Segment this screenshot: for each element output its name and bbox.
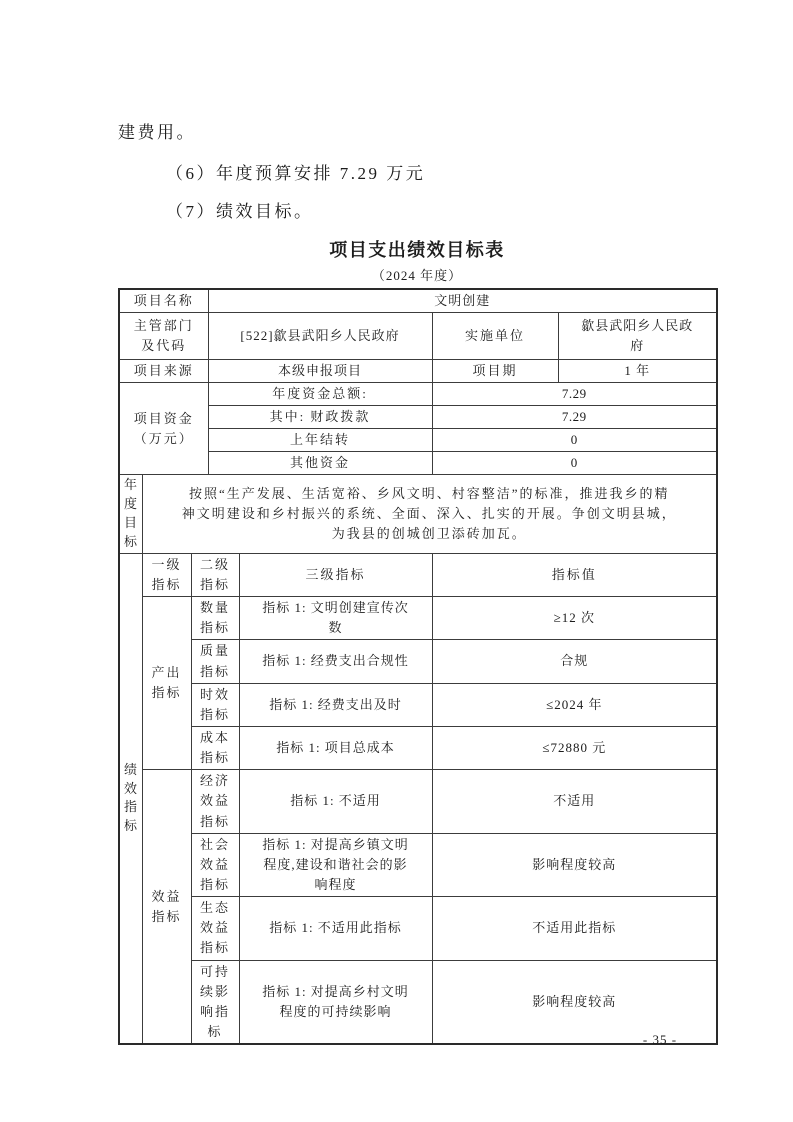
- table-row: 其中: 财政拨款 7.29: [119, 406, 717, 429]
- cell-fund-fiscal-label: 其中: 财政拨款: [208, 406, 432, 429]
- cell-fund-other-value: 0: [432, 452, 717, 475]
- cell-dept-label: 主管部门 及代码: [119, 312, 208, 359]
- cell-benefit-group-label: 效益 指标: [142, 770, 191, 1044]
- cell-period-value: 1 年: [558, 359, 717, 382]
- cell-funds-label: 项目资金 （万元）: [119, 382, 208, 475]
- table-row: 绩效指标 一级 指标 二级 指标 三级指标 指标值: [119, 553, 717, 596]
- cell-output-group-label: 产出 指标: [142, 597, 191, 770]
- cell-fund-total-value: 7.29: [432, 382, 717, 405]
- cell-header-value: 指标值: [432, 553, 717, 596]
- cell-dept-value: [522]歙县武阳乡人民政府: [208, 312, 432, 359]
- table-row: 项目来源 本级申报项目 项目期 1 年: [119, 359, 717, 382]
- cell-indicator-value: ≤72880 元: [432, 726, 717, 769]
- table-subtitle: （2024 年度）: [118, 265, 716, 284]
- cell-indicator-l3: 指标 1: 对提高乡镇文明 程度,建设和谐社会的影 响程度: [239, 833, 432, 896]
- table-row: 主管部门 及代码 [522]歙县武阳乡人民政府 实施单位 歙县武阳乡人民政 府: [119, 312, 717, 359]
- cell-project-name-value: 文明创建: [208, 289, 717, 313]
- cell-indicator-l2: 数量 指标: [191, 597, 239, 640]
- page-number: - 35 -: [618, 1032, 702, 1048]
- table-row: 产出 指标 数量 指标 指标 1: 文明创建宣传次 数 ≥12 次: [119, 597, 717, 640]
- cell-performance-indicators-label: 绩效指标: [119, 553, 142, 1044]
- performance-target-table: 项目名称 文明创建 主管部门 及代码 [522]歙县武阳乡人民政府 实施单位 歙…: [118, 288, 718, 1045]
- table-row: 生态 效益 指标 指标 1: 不适用此指标 不适用此指标: [119, 897, 717, 960]
- cell-project-name-label: 项目名称: [119, 289, 208, 313]
- item-7-line: （7）绩效目标。: [166, 202, 716, 222]
- cell-header-level2: 二级 指标: [191, 553, 239, 596]
- cell-fund-other-label: 其他资金: [208, 452, 432, 475]
- cell-header-level3: 三级指标: [239, 553, 432, 596]
- table-row: 效益 指标 经济 效益 指标 指标 1: 不适用 不适用: [119, 770, 717, 833]
- cell-indicator-value: 影响程度较高: [432, 833, 717, 896]
- cell-source-label: 项目来源: [119, 359, 208, 382]
- cell-indicator-l2: 生态 效益 指标: [191, 897, 239, 960]
- cell-header-level1: 一级 指标: [142, 553, 191, 596]
- cell-indicator-l2: 成本 指标: [191, 726, 239, 769]
- cell-indicator-l2: 质量 指标: [191, 640, 239, 683]
- cell-indicator-l3: 指标 1: 经费支出合规性: [239, 640, 432, 683]
- table-title: 项目支出绩效目标表: [118, 236, 716, 262]
- table-row: 时效 指标 指标 1: 经费支出及时 ≤2024 年: [119, 683, 717, 726]
- table-row: 项目名称 文明创建: [119, 289, 717, 313]
- cell-annual-goal-label: 年度目标: [119, 475, 142, 553]
- table-row: 年度目标 按照“生产发展、生活宽裕、乡风文明、村容整洁”的标准，推进我乡的精 神…: [119, 475, 717, 553]
- cell-indicator-l3: 指标 1: 文明创建宣传次 数: [239, 597, 432, 640]
- item-6-line: （6）年度预算安排 7.29 万元: [166, 164, 716, 184]
- cell-fund-fiscal-value: 7.29: [432, 406, 717, 429]
- cell-impl-unit-label: 实施单位: [432, 312, 558, 359]
- cell-indicator-value: 合规: [432, 640, 717, 683]
- table-row: 社会 效益 指标 指标 1: 对提高乡镇文明 程度,建设和谐社会的影 响程度 影…: [119, 833, 717, 896]
- cell-fund-carryover-value: 0: [432, 429, 717, 452]
- cell-annual-goal-text: 按照“生产发展、生活宽裕、乡风文明、村容整洁”的标准，推进我乡的精 神文明建设和…: [142, 475, 717, 553]
- intro-text-line: 建费用。: [118, 123, 716, 143]
- cell-indicator-value: ≥12 次: [432, 597, 717, 640]
- cell-impl-unit-value: 歙县武阳乡人民政 府: [558, 312, 717, 359]
- table-row: 成本 指标 指标 1: 项目总成本 ≤72880 元: [119, 726, 717, 769]
- cell-indicator-l3: 指标 1: 不适用: [239, 770, 432, 833]
- cell-fund-carryover-label: 上年结转: [208, 429, 432, 452]
- cell-fund-total-label: 年度资金总额:: [208, 382, 432, 405]
- cell-indicator-l2: 经济 效益 指标: [191, 770, 239, 833]
- cell-indicator-value: 不适用: [432, 770, 717, 833]
- table-row: 其他资金 0: [119, 452, 717, 475]
- cell-period-label: 项目期: [432, 359, 558, 382]
- cell-indicator-value: 不适用此指标: [432, 897, 717, 960]
- cell-indicator-l2: 可持 续影 响指 标: [191, 960, 239, 1044]
- cell-indicator-l2: 时效 指标: [191, 683, 239, 726]
- table-row: 项目资金 （万元） 年度资金总额: 7.29: [119, 382, 717, 405]
- performance-indicators-label-text: 绩效指标: [124, 761, 138, 836]
- cell-indicator-l3: 指标 1: 经费支出及时: [239, 683, 432, 726]
- cell-indicator-l3: 指标 1: 对提高乡村文明 程度的可持续影响: [239, 960, 432, 1044]
- cell-indicator-value: ≤2024 年: [432, 683, 717, 726]
- table-row: 上年结转 0: [119, 429, 717, 452]
- annual-goal-label-text: 年度目标: [124, 476, 138, 551]
- cell-source-value: 本级申报项目: [208, 359, 432, 382]
- document-page: 建费用。 （6）年度预算安排 7.29 万元 （7）绩效目标。 项目支出绩效目标…: [0, 0, 793, 1045]
- table-row: 质量 指标 指标 1: 经费支出合规性 合规: [119, 640, 717, 683]
- cell-indicator-l3: 指标 1: 项目总成本: [239, 726, 432, 769]
- cell-indicator-l2: 社会 效益 指标: [191, 833, 239, 896]
- cell-indicator-l3: 指标 1: 不适用此指标: [239, 897, 432, 960]
